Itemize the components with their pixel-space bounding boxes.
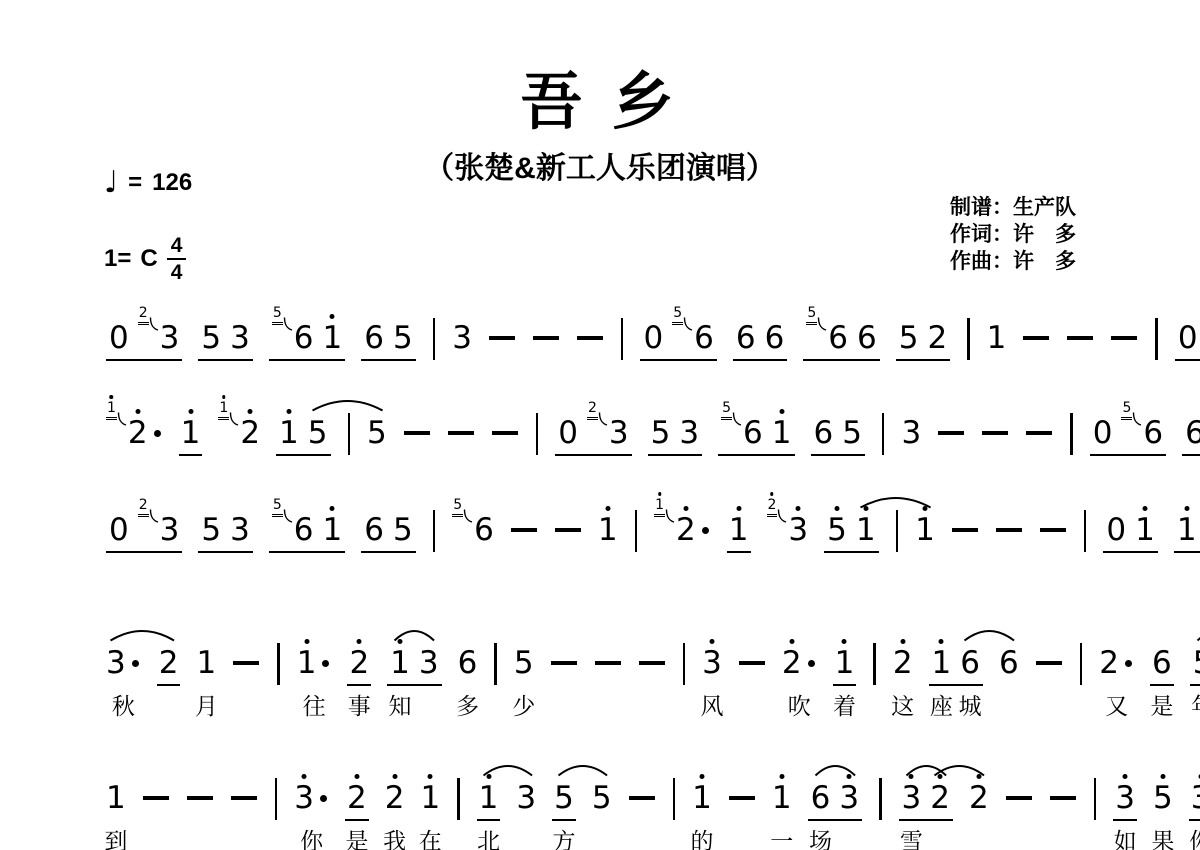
- lyric-syllable: 座: [930, 693, 953, 719]
- note-digit: 0: [643, 320, 663, 356]
- grace-digit: 1: [106, 400, 117, 418]
- beamed-group: 023: [106, 320, 182, 361]
- beamed-group: 023: [555, 415, 631, 456]
- lyric-syllable: 是: [345, 828, 368, 850]
- duration-dash: [1026, 431, 1052, 435]
- note: 5: [367, 415, 387, 451]
- note-digit: 6: [474, 512, 494, 548]
- note-digit: 3: [1191, 780, 1200, 816]
- octave-dot: [1123, 774, 1128, 779]
- note-digit: 1: [915, 512, 935, 548]
- grace-digit: 5: [452, 497, 463, 515]
- note: 1: [856, 512, 876, 548]
- note: 12: [106, 415, 163, 451]
- duration-dash: [233, 661, 259, 665]
- slur-arc: [1196, 626, 1200, 642]
- barline: [1070, 413, 1073, 455]
- note: 6: [857, 320, 877, 356]
- duration-dash: [1036, 661, 1062, 665]
- note-digit: 2: [347, 780, 367, 816]
- note-digit: 3: [230, 512, 250, 548]
- grace-hook-icon: [229, 412, 239, 426]
- note: 5: [393, 512, 413, 548]
- note: 3你: [1189, 780, 1200, 821]
- grace-note: 5: [806, 305, 827, 331]
- note: 23: [767, 512, 809, 548]
- lyric-syllable: 场: [809, 828, 832, 850]
- score-line: 02353561653056665665210235356165561: [98, 320, 1200, 361]
- note-digit: 0: [558, 415, 578, 451]
- duration-dash: [595, 661, 621, 665]
- grace-digit: 2: [138, 305, 149, 323]
- note-digit: 6: [294, 512, 314, 548]
- slur-arc: [859, 493, 932, 509]
- note: 5年: [1193, 645, 1200, 681]
- note: 2: [927, 320, 947, 356]
- note: 1座: [932, 645, 952, 681]
- grace-hook-icon: [283, 509, 293, 523]
- duration-dash: [1040, 528, 1066, 532]
- note-digit: 1: [420, 780, 440, 816]
- lyric-syllable: 风: [700, 693, 723, 719]
- note: 0: [109, 320, 129, 356]
- barline: [967, 318, 970, 360]
- note-digit: 1: [1135, 512, 1155, 548]
- note-digit: 5: [514, 645, 534, 681]
- note-digit: 2: [385, 780, 405, 816]
- note-digit: 0: [1178, 320, 1198, 356]
- octave-dot: [302, 774, 307, 779]
- note-digit: 3: [788, 512, 808, 548]
- note-digit: 5: [842, 415, 862, 451]
- grace-hook-icon: [665, 509, 675, 523]
- grace-note: 5: [672, 305, 693, 331]
- octave-dot: [658, 492, 662, 496]
- beamed-group: 056: [640, 320, 716, 361]
- grace-digit: 5: [806, 305, 817, 323]
- beamed-group: 66: [733, 320, 787, 361]
- grace-digit: 2: [587, 400, 598, 418]
- note: 2这: [893, 645, 913, 681]
- note-digit: 2: [930, 780, 950, 816]
- grace-digit: 2: [767, 497, 778, 515]
- grace-digit: 1: [218, 400, 229, 418]
- note-digit: 2: [128, 415, 148, 451]
- grace-note: 5: [721, 400, 742, 426]
- octave-dot: [1184, 506, 1189, 511]
- duration-dash: [533, 336, 559, 340]
- note-digit: 2: [782, 645, 802, 681]
- grace-hook-icon: [149, 317, 159, 331]
- lyric-syllable: 北: [477, 828, 500, 850]
- note-digit: 3: [702, 645, 722, 681]
- barline: [882, 413, 885, 455]
- note-digit: 3: [901, 415, 921, 451]
- note-digit: 3: [1115, 780, 1135, 816]
- note: 2是: [345, 780, 369, 821]
- barline: [1084, 510, 1087, 552]
- lyric-syllable: 多: [456, 693, 479, 719]
- note-digit: 2: [927, 320, 947, 356]
- duration-dash: [1023, 336, 1049, 340]
- octave-dot: [939, 639, 944, 644]
- note: 1: [915, 512, 935, 548]
- slur-arc: [557, 761, 609, 777]
- note-digit: 1: [279, 415, 299, 451]
- score-line: 121121550235356165305665666521: [98, 415, 1200, 456]
- note: 6是: [1150, 645, 1174, 686]
- note: 1的: [692, 780, 712, 816]
- octave-dot: [605, 506, 610, 511]
- slur-arc: [963, 626, 1016, 642]
- note: 2: [969, 780, 989, 816]
- note: 12: [654, 512, 711, 548]
- note: 5: [827, 512, 847, 548]
- note: 6: [1185, 415, 1200, 451]
- note: 0: [109, 512, 129, 548]
- note-digit: 5: [651, 415, 671, 451]
- lyric-syllable: 在: [419, 828, 442, 850]
- lyric-syllable: 年: [1191, 693, 1200, 719]
- note-digit: 6: [364, 512, 384, 548]
- note: 2又: [1099, 645, 1134, 681]
- note-digit: 5: [308, 415, 328, 451]
- note: 3: [516, 780, 536, 816]
- octave-dot: [354, 774, 359, 779]
- grace-hook-icon: [283, 317, 293, 331]
- lyric-syllable: 你: [1189, 828, 1200, 850]
- octave-dot: [842, 639, 847, 644]
- note-digit: 3: [902, 780, 922, 816]
- note-digit: 1: [856, 512, 876, 548]
- note: 6: [364, 512, 384, 548]
- note-digit: 1: [729, 512, 749, 548]
- lyric-syllable: 事: [348, 693, 371, 719]
- barline: [621, 318, 624, 360]
- note-digit: 3: [160, 512, 180, 548]
- barline: [673, 778, 676, 820]
- note-digit: 6: [743, 415, 763, 451]
- barline: [879, 778, 882, 820]
- note: 3: [230, 320, 250, 356]
- octave-dot: [330, 314, 335, 319]
- note: 5: [393, 320, 413, 356]
- octave-dot: [135, 409, 140, 414]
- note: 1: [323, 320, 343, 356]
- octave-dot: [330, 506, 335, 511]
- note: 12: [218, 415, 260, 451]
- octave-dot: [922, 506, 927, 511]
- slur-arc: [311, 396, 384, 412]
- beamed-group: 11: [1174, 512, 1200, 553]
- note: 3: [419, 645, 439, 681]
- duration-dash: [739, 661, 765, 665]
- octave-dot: [188, 409, 193, 414]
- grace-hook-icon: [117, 412, 127, 426]
- note-digit: 1: [598, 512, 618, 548]
- barline: [683, 643, 686, 685]
- octave-dot: [683, 506, 688, 511]
- beamed-group: 056: [1090, 415, 1166, 456]
- grace-digit: 1: [654, 497, 665, 515]
- octave-dot: [248, 409, 253, 414]
- note-digit: 2: [349, 645, 369, 681]
- note-digit: 1: [479, 780, 499, 816]
- note: 23: [138, 512, 180, 548]
- note-digit: 3: [419, 645, 439, 681]
- score: 0235356165305666566521023535616556112112…: [0, 0, 1200, 850]
- note: 3你: [294, 780, 329, 816]
- octave-dot: [796, 506, 801, 511]
- note-digit: 6: [1143, 415, 1163, 451]
- duration-dash: [511, 528, 537, 532]
- lyric-syllable: 秋: [112, 693, 135, 719]
- barline: [348, 413, 351, 455]
- note-digit: 6: [999, 645, 1019, 681]
- lyric-syllable: 吹: [788, 693, 811, 719]
- beamed-group: 3雪2: [899, 780, 953, 821]
- grace-hook-icon: [598, 412, 608, 426]
- beamed-group: 561: [269, 320, 345, 361]
- note-digit: 3: [230, 320, 250, 356]
- barline: [277, 643, 280, 685]
- barline: [1094, 778, 1097, 820]
- note-digit: 6: [736, 320, 756, 356]
- note: 2我: [385, 780, 405, 816]
- note: 3: [230, 512, 250, 548]
- note: 56: [452, 512, 494, 548]
- beamed-group: 6场3: [808, 780, 862, 821]
- note: 3风: [702, 645, 722, 681]
- beamed-group: 566: [803, 320, 879, 361]
- note: 56: [672, 320, 714, 356]
- beamed-group: 023: [106, 512, 182, 553]
- octave-dot: [699, 774, 704, 779]
- note-digit: 0: [1106, 512, 1126, 548]
- octave-dot: [398, 639, 403, 644]
- octave-dot: [286, 409, 291, 414]
- note: 6多: [458, 645, 478, 681]
- barline: [873, 643, 876, 685]
- note-digit: 1: [772, 415, 792, 451]
- duration-dash: [577, 336, 603, 340]
- note-digit: 3: [609, 415, 629, 451]
- note: 56: [272, 320, 314, 356]
- note-digit: 2: [240, 415, 260, 451]
- score-line: 023535616556112123511011110)5春65花2: [98, 512, 1200, 553]
- note: 5: [201, 512, 221, 548]
- note-digit: 6: [1152, 645, 1172, 681]
- duration-dash: [448, 431, 474, 435]
- duration-dash: [938, 431, 964, 435]
- note: 5: [899, 320, 919, 356]
- note-digit: 1: [987, 320, 1007, 356]
- note-digit: 0: [109, 320, 129, 356]
- beamed-group: 023: [1175, 320, 1200, 361]
- beamed-group: 01: [1103, 512, 1157, 553]
- lyric-syllable: 少: [512, 693, 535, 719]
- grace-digit: 5: [272, 305, 283, 323]
- barline: [433, 318, 436, 360]
- grace-note: 5: [272, 497, 293, 523]
- note: 56: [721, 415, 763, 451]
- octave-dot: [357, 639, 362, 644]
- note: 0: [1178, 320, 1198, 356]
- duration-dash: [489, 336, 515, 340]
- barline: [494, 643, 497, 685]
- beamed-group: 53: [198, 320, 252, 361]
- note-digit: 1: [835, 645, 855, 681]
- duration-dash: [555, 528, 581, 532]
- note: 5: [201, 320, 221, 356]
- lyric-syllable: 果: [1151, 828, 1174, 850]
- note: 3秋: [106, 645, 141, 681]
- augmentation-dot: [702, 527, 709, 534]
- beamed-group: 65: [811, 415, 865, 456]
- lyric-syllable: 到: [104, 828, 127, 850]
- note-digit: 3: [452, 320, 472, 356]
- grace-note: 1: [654, 497, 675, 523]
- grace-note: 1: [218, 400, 239, 426]
- duration-dash: [231, 796, 257, 800]
- augmentation-dot: [322, 660, 329, 667]
- octave-dot: [847, 774, 852, 779]
- beamed-group: 1座6城: [929, 645, 983, 686]
- augmentation-dot: [154, 430, 161, 437]
- note-digit: 6: [1185, 415, 1200, 451]
- duration-dash: [629, 796, 655, 800]
- augmentation-dot: [320, 795, 327, 802]
- beamed-group: 51: [824, 512, 878, 553]
- beamed-group: 561: [269, 512, 345, 553]
- note: 0: [1106, 512, 1126, 548]
- lyric-syllable: 往: [303, 693, 326, 719]
- note: 0: [643, 320, 663, 356]
- note: 2事: [347, 645, 371, 686]
- grace-note: 5: [452, 497, 473, 523]
- note-digit: 5: [201, 512, 221, 548]
- lyric-syllable: 是: [1150, 693, 1173, 719]
- lyric-syllable: 月: [195, 693, 218, 719]
- note: 6: [736, 320, 756, 356]
- note: 1一: [772, 780, 792, 816]
- duration-dash: [982, 431, 1008, 435]
- note: 1北: [477, 780, 501, 821]
- note-digit: 1: [772, 780, 792, 816]
- grace-hook-icon: [777, 509, 787, 523]
- note: 3: [839, 780, 859, 816]
- barline: [1155, 318, 1158, 360]
- lyric-syllable: 如: [1114, 828, 1137, 850]
- duration-dash: [404, 431, 430, 435]
- note-digit: 5: [393, 512, 413, 548]
- duration-dash: [492, 431, 518, 435]
- note: 2: [157, 645, 181, 686]
- note: 3: [679, 415, 699, 451]
- note: 5少: [514, 645, 534, 681]
- note: 1: [598, 512, 618, 548]
- duration-dash: [1111, 336, 1137, 340]
- note-digit: 6: [364, 320, 384, 356]
- note: 1: [279, 415, 299, 451]
- note: 6城: [960, 645, 980, 681]
- note-digit: 5: [554, 780, 574, 816]
- grace-note: 2: [767, 497, 788, 523]
- note-digit: 1: [323, 512, 343, 548]
- sheet-music-page: 吾 乡 （张楚&新工人乐团演唱） ♩ = 126 1= C 4 4 制谱：生产队…: [0, 0, 1200, 850]
- note-digit: 2: [969, 780, 989, 816]
- barline: [635, 510, 638, 552]
- note-digit: 5: [393, 320, 413, 356]
- octave-dot: [1160, 774, 1165, 779]
- note: 6: [364, 320, 384, 356]
- grace-hook-icon: [1132, 412, 1142, 426]
- note-digit: 6: [960, 645, 980, 681]
- note: 56: [1121, 415, 1163, 451]
- note: 3雪: [902, 780, 922, 816]
- barline: [275, 778, 278, 820]
- note-digit: 5: [1193, 645, 1200, 681]
- octave-dot: [392, 774, 397, 779]
- lyric-syllable: 着: [833, 693, 856, 719]
- grace-digit: 2: [138, 497, 149, 515]
- note: 1知: [390, 645, 410, 681]
- beamed-group: 15: [276, 415, 330, 456]
- duration-dash: [1006, 796, 1032, 800]
- note: 2吹: [782, 645, 817, 681]
- octave-dot: [304, 639, 309, 644]
- note: 6: [999, 645, 1019, 681]
- note: 0: [558, 415, 578, 451]
- grace-hook-icon: [683, 317, 693, 331]
- note: 1: [323, 512, 343, 548]
- barline: [1080, 643, 1083, 685]
- note: 1: [1135, 512, 1155, 548]
- grace-note: 1: [106, 400, 127, 426]
- note: 6场: [811, 780, 831, 816]
- octave-dot: [863, 506, 868, 511]
- note-digit: 3: [839, 780, 859, 816]
- octave-dot: [1142, 506, 1147, 511]
- beamed-group: 65: [361, 320, 415, 361]
- octave-dot: [909, 774, 914, 779]
- note: 1: [987, 320, 1007, 356]
- beamed-group: 656: [1182, 415, 1200, 456]
- note: 5: [651, 415, 671, 451]
- note: 3如: [1113, 780, 1137, 821]
- beamed-group: 52: [896, 320, 950, 361]
- note: 1: [179, 415, 203, 456]
- note-digit: 5: [899, 320, 919, 356]
- octave-dot: [486, 774, 491, 779]
- duration-dash: [639, 661, 665, 665]
- beamed-group: 65: [361, 512, 415, 553]
- note-digit: 1: [106, 780, 126, 816]
- barline: [896, 510, 899, 552]
- note-digit: 6: [828, 320, 848, 356]
- note: 56: [272, 512, 314, 548]
- octave-dot: [222, 395, 226, 399]
- grace-hook-icon: [732, 412, 742, 426]
- grace-note: 5: [1121, 400, 1142, 426]
- augmentation-dot: [808, 660, 815, 667]
- octave-dot: [789, 639, 794, 644]
- slur-arc: [109, 626, 176, 642]
- note-digit: 2: [676, 512, 696, 548]
- barline: [433, 510, 436, 552]
- grace-digit: 5: [1121, 400, 1132, 418]
- beamed-group: 53: [198, 512, 252, 553]
